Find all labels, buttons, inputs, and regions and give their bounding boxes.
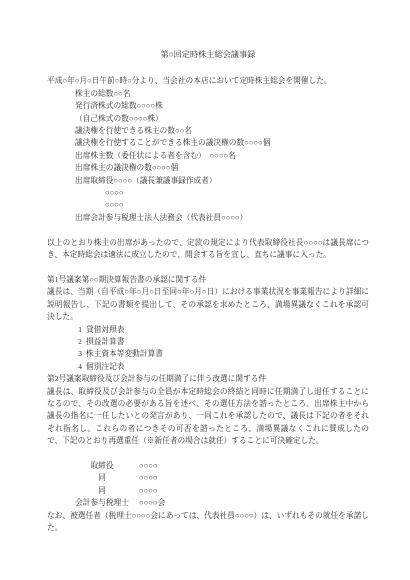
appointee-name: ○○○○	[139, 460, 158, 472]
document-list-item: 2損益計算書	[75, 336, 369, 348]
appointee-title: 同	[75, 472, 129, 484]
document-page: 第○回定時株主総会議事録 平成○年○月○日午前○時○分より、当会社の本店において…	[0, 0, 410, 580]
attendance-line: 発行済株式の総数○○○○株	[75, 100, 369, 112]
document-number: 3	[75, 348, 82, 360]
document-list-item: 1貸借対照表	[75, 324, 369, 336]
attendance-line: 株主の総数○○名	[75, 88, 369, 100]
appointee-row: 同 ○○○○	[75, 485, 369, 497]
attendance-line: 出席株主数（委任状による者を含む） ○○○○名	[75, 150, 369, 162]
appointee-row: 取締役 ○○○○	[75, 460, 369, 472]
document-number: 4	[75, 361, 82, 373]
attendance-line: 議決権を行使できる株主の数○○名	[75, 125, 369, 137]
document-label: 株主資本等変動計算書	[86, 349, 163, 358]
document-label: 個別注記表	[86, 362, 124, 371]
page-title: 第○回定時株主総会議事録	[47, 49, 369, 61]
agenda1-heading: 第1号議案第○○期決算報告書の承認に関する件	[47, 274, 369, 286]
appointee-name: ○○○○	[139, 485, 158, 497]
document-label: 貸借対照表	[86, 325, 124, 334]
document-list-item: 3株主資本等変動計算書	[75, 348, 369, 360]
agenda2-body: 議長は、取締役及び会計参与の全員が本定時総会の終結と同時に任期満了し退任すること…	[47, 386, 369, 448]
document-label: 損益計算書	[86, 337, 124, 346]
attendance-line: 議決権を行使することができる株主の議決権の数○○○○個	[75, 137, 369, 149]
attendance-line: （自己株式の数○○○○株）	[75, 113, 369, 125]
document-number: 2	[75, 336, 82, 348]
appointee-row: 会計参与税理士 ○○○○会	[75, 497, 369, 509]
accounting-advisor-line: 出席会計参与税理士法人法務会（代表社員○○○○）	[75, 212, 369, 224]
additional-director-line: ○○○○	[105, 187, 369, 199]
attendance-line: 出席株主の議決権の数○○○○個	[75, 162, 369, 174]
opening-paragraph: 以上のとおり株主の出席があったので、定款の規定により代表取締役社長○○○○は議長…	[47, 237, 369, 262]
note-paragraph: なお、被選任者（税理士○○○○会にあっては、代表社員○○○○）は、いずれもその就…	[47, 510, 369, 535]
appointee-table: 取締役 ○○○○ 同 ○○○○ 同 ○○○○ 会計参与税理士 ○○○○会	[47, 460, 369, 510]
agenda1-document-list: 1貸借対照表 2損益計算書 3株主資本等変動計算書 4個別注記表	[47, 324, 369, 374]
agenda2-heading: 第2号議案取締役及び会計参与の任期満了に伴う改選に関する件	[47, 373, 369, 385]
intro-paragraph: 平成○年○月○日午前○時○分より、当会社の本店において定時株主総会を開催した。	[47, 75, 369, 87]
attendance-line: 出席取締役○○○○（議長兼議事録作成者）	[75, 175, 369, 187]
document-number: 1	[75, 324, 82, 336]
agenda1-section: 第1号議案第○○期決算報告書の承認に関する件 議長は、当期（自平成○年○月○日至…	[47, 274, 369, 373]
additional-director-line: ○○○○	[105, 199, 369, 211]
appointee-title: 同	[75, 485, 129, 497]
attendance-block: 株主の総数○○名 発行済株式の総数○○○○株 （自己株式の数○○○○株） 議決権…	[47, 88, 369, 224]
appointee-title: 取締役	[75, 460, 129, 472]
document-content: 第○回定時株主総会議事録 平成○年○月○日午前○時○分より、当会社の本店において…	[47, 49, 369, 534]
appointee-name: ○○○○会	[139, 497, 165, 509]
agenda1-body: 議長は、当期（自平成○年○月○日至同○年○月○日）における事業状況を事業報告によ…	[47, 286, 369, 323]
appointee-row: 同 ○○○○	[75, 472, 369, 484]
document-list-item: 4個別注記表	[75, 361, 369, 373]
appointee-title: 会計参与税理士	[75, 497, 129, 509]
appointee-name: ○○○○	[139, 472, 158, 484]
agenda2-section: 第2号議案取締役及び会計参与の任期満了に伴う改選に関する件 議長は、取締役及び会…	[47, 373, 369, 534]
